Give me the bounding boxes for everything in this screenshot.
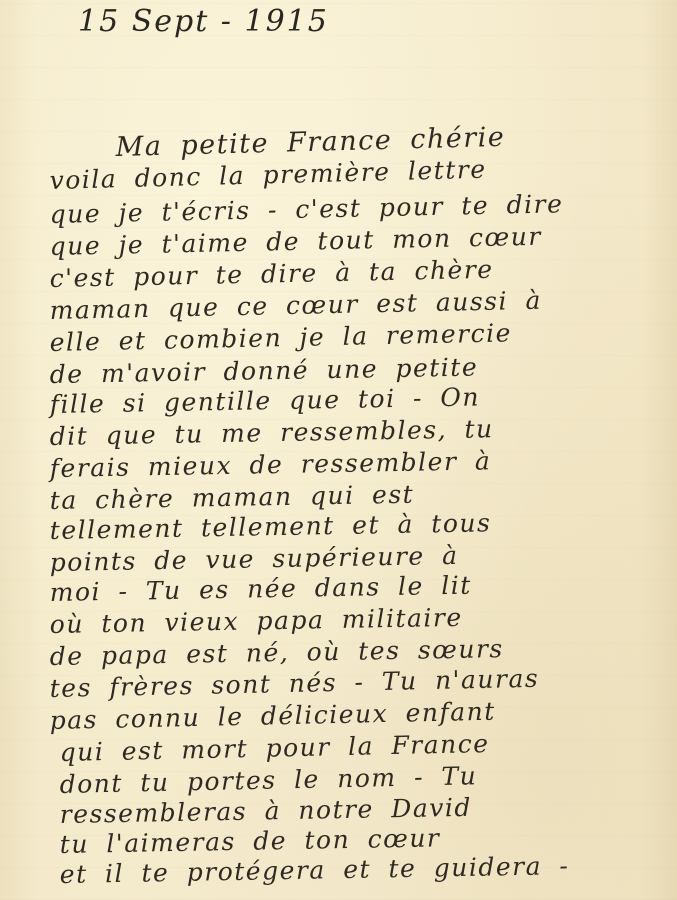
letter-line-11: ferais mieux de ressembler à <box>49 446 491 483</box>
letter-line-20: qui est mort pour la France <box>59 729 489 767</box>
letter-line-16: où ton vieux papa militaire <box>49 603 462 639</box>
letter-line-15: moi - Tu es née dans le lit <box>49 571 472 607</box>
letter-line-9: fille si gentille que toi - On <box>49 382 480 419</box>
letter-line-2: voila donc la première lettre <box>49 155 487 195</box>
letter-line-19: pas connu le délicieux enfant <box>49 697 496 735</box>
letter-page: 15 Sept - 1915 Ma petite France chérie v… <box>0 0 677 900</box>
letter-line-7: elle et combien je la remercie <box>49 318 512 357</box>
letter-date: 15 Sept - 1915 <box>78 4 329 39</box>
letter-line-10: dit que tu me ressembles, tu <box>49 414 493 451</box>
